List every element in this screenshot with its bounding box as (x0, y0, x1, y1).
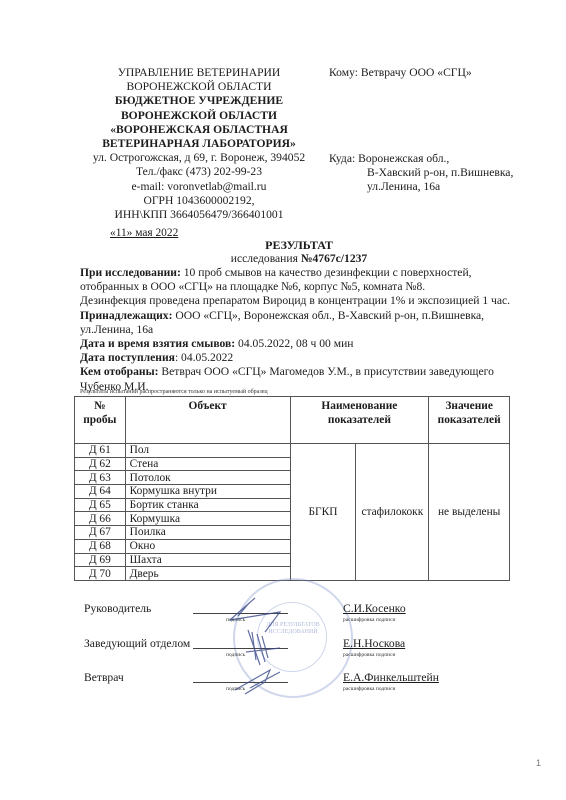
sample-number: Д 69 (75, 553, 126, 567)
owner-paragraph: Принадлежащих: ООО «СГЦ», Воронежская об… (80, 309, 520, 337)
header-indicators: Наименование показателей (290, 397, 429, 444)
sample-number: Д 65 (75, 498, 126, 512)
study-number: №4767с/1237 (301, 252, 367, 265)
signature-role-head: Руководитель (84, 602, 151, 615)
signature-role-dept-head: Заведующий отделом (84, 637, 190, 650)
indicator-value: не выделены (429, 444, 510, 581)
study-label: При исследовании: (80, 266, 181, 279)
recipient-address: Куда: Воронежская обл., В-Хавский р-он, … (329, 152, 513, 195)
handwritten-signature-icon (210, 590, 320, 700)
recipient-to: Кому: Ветврачу ООО «СГЦ» (329, 66, 472, 80)
issuer-address: ул. Острогожская, д 69, г. Воронеж, 3940… (74, 151, 324, 165)
signer-name: Е.Н.Носкова (343, 637, 405, 650)
document-page: УПРАВЛЕНИЕ ВЕТЕРИНАРИИ ВОРОНЕЖСКОЙ ОБЛАС… (0, 0, 566, 800)
sample-number: Д 70 (75, 567, 126, 581)
sampling-text: 04.05.2022, 08 ч 00 мин (235, 337, 353, 350)
signer-name-caption: расшифровка подписи (343, 652, 395, 658)
result-body: При исследовании: 10 проб смывов на каче… (80, 266, 520, 394)
collected-label: Кем отобраны: (80, 365, 159, 378)
sample-number: Д 66 (75, 512, 126, 526)
disinfection-text: Дезинфекция проведена препаратом Вироцид… (80, 294, 520, 308)
received-text: : 04.05.2022 (175, 351, 233, 364)
sample-object: Поилка (125, 526, 290, 540)
issuer-ogrn: ОГРН 1043600002192, (74, 194, 324, 208)
subtitle-prefix: исследования (231, 252, 301, 265)
org-line: ВЕТЕРИНАРНАЯ ЛАБОРАТОРИЯ» (74, 137, 324, 151)
table-row: Д 61 Пол БГКП стафилококк не выделены (75, 444, 510, 458)
header-object: Объект (125, 397, 290, 444)
document-title: РЕЗУЛЬТАТ (16, 238, 566, 253)
sample-object: Шахта (125, 553, 290, 567)
issuer-header: УПРАВЛЕНИЕ ВЕТЕРИНАРИИ ВОРОНЕЖСКОЙ ОБЛАС… (74, 66, 324, 222)
indicator-staphylococcus: стафилококк (356, 444, 429, 581)
signature-role-vet: Ветврач (84, 671, 124, 684)
indicator-bgkp: БГКП (290, 444, 356, 581)
study-paragraph: При исследовании: 10 проб смывов на каче… (80, 266, 520, 294)
org-line: ВОРОНЕЖСКОЙ ОБЛАСТИ (74, 80, 324, 94)
org-line: «ВОРОНЕЖСКАЯ ОБЛАСТНАЯ (74, 123, 324, 137)
sample-object: Бортик станка (125, 498, 290, 512)
recipient-address-line: Куда: Воронежская обл., (329, 152, 513, 166)
sample-object: Дверь (125, 567, 290, 581)
org-line: БЮДЖЕТНОЕ УЧРЕЖДЕНИЕ (74, 94, 324, 108)
signer-name-caption: расшифровка подписи (343, 686, 395, 692)
sample-object: Стена (125, 457, 290, 471)
signer-name: Е.А.Финкельштейн (343, 671, 439, 684)
sample-number: Д 67 (75, 526, 126, 540)
received-label: Дата поступления (80, 351, 175, 364)
signer-name: С.И.Косенко (343, 602, 406, 615)
recipient-address-line: ул.Ленина, 16а (329, 180, 513, 194)
header-value: Значение показателей (429, 397, 510, 444)
issuer-inn: ИНН\КПП 3664056479/366401001 (74, 208, 324, 222)
recipient-address-line: В-Хавский р-он, п.Вишневка, (329, 166, 513, 180)
sampling-label: Дата и время взятия смывов: (80, 337, 235, 350)
page-number: 1 (536, 758, 541, 768)
table-header-row: № пробы Объект Наименование показателей … (75, 397, 510, 444)
header-sample-number: № пробы (75, 397, 126, 444)
sample-object: Окно (125, 539, 290, 553)
sample-number: Д 61 (75, 444, 126, 458)
sample-object: Кормушка внутри (125, 485, 290, 499)
issuer-phone: Тел./факс (473) 202-99-23 (74, 165, 324, 179)
disclaimer: Результаты испытаний распространяются то… (80, 389, 268, 395)
sampling-paragraph: Дата и время взятия смывов: 04.05.2022, … (80, 337, 520, 351)
sample-object: Потолок (125, 471, 290, 485)
document-subtitle: исследования №4767с/1237 (16, 252, 566, 265)
sample-object: Кормушка (125, 512, 290, 526)
received-paragraph: Дата поступления: 04.05.2022 (80, 351, 520, 365)
org-line: ВОРОНЕЖСКОЙ ОБЛАСТИ (74, 109, 324, 123)
results-table: № пробы Объект Наименование показателей … (74, 396, 510, 581)
sample-number: Д 62 (75, 457, 126, 471)
org-line: УПРАВЛЕНИЕ ВЕТЕРИНАРИИ (74, 66, 324, 80)
owner-label: Принадлежащих: (80, 309, 172, 322)
sample-object: Пол (125, 444, 290, 458)
sample-number: Д 64 (75, 485, 126, 499)
signer-name-caption: расшифровка подписи (343, 617, 395, 623)
issuer-email: e-mail: voronvetlab@mail.ru (74, 180, 324, 194)
sample-number: Д 68 (75, 539, 126, 553)
sample-number: Д 63 (75, 471, 126, 485)
